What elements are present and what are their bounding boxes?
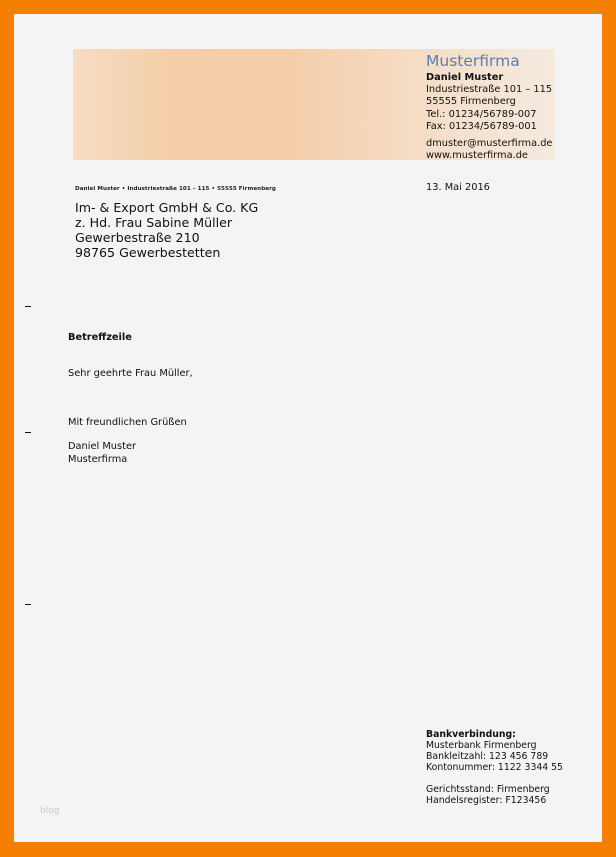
sender-city: 55555 Firmenberg bbox=[426, 96, 552, 108]
court: Gerichtsstand: Firmenberg bbox=[426, 784, 563, 795]
sender-street: Industriestraße 101 – 115 bbox=[426, 84, 552, 96]
letter-page: Musterfirma Daniel Muster Industriestraß… bbox=[14, 14, 602, 842]
signature: Daniel Muster Musterfirma bbox=[68, 441, 136, 466]
footer-info: Bankverbindung: Musterbank Firmenberg Ba… bbox=[426, 729, 563, 806]
sender-address: Industriestraße 101 – 115 55555 Firmenbe… bbox=[426, 84, 552, 107]
bank-heading: Bankverbindung: bbox=[426, 729, 563, 740]
fold-mark bbox=[25, 306, 31, 307]
watermark: blog bbox=[40, 806, 59, 816]
letter-date: 13. Mai 2016 bbox=[426, 182, 490, 193]
company-name: Musterfirma bbox=[426, 52, 520, 70]
fold-mark bbox=[25, 604, 31, 605]
signature-name: Daniel Muster bbox=[68, 441, 136, 454]
sender-tel: Tel.: 01234/56789-007 bbox=[426, 109, 537, 121]
closing: Mit freundlichen Grüßen bbox=[68, 417, 187, 428]
recipient-line: Gewerbestraße 210 bbox=[75, 230, 258, 245]
recipient-line: 98765 Gewerbestetten bbox=[75, 245, 258, 260]
subject-line: Betreffzeile bbox=[68, 332, 132, 343]
signature-company: Musterfirma bbox=[68, 454, 136, 467]
account-number: Kontonummer: 1122 3344 55 bbox=[426, 762, 563, 773]
sender-email: dmuster@musterfirma.de bbox=[426, 138, 552, 150]
bank-name: Musterbank Firmenberg bbox=[426, 740, 563, 751]
recipient-address: Im- & Export GmbH & Co. KG z. Hd. Frau S… bbox=[75, 200, 258, 260]
recipient-line: Im- & Export GmbH & Co. KG bbox=[75, 200, 258, 215]
sender-web: www.musterfirma.de bbox=[426, 150, 552, 162]
spacer bbox=[426, 773, 563, 784]
sender-name: Daniel Muster bbox=[426, 72, 503, 84]
hole-mark bbox=[25, 432, 31, 433]
bank-code: Bankleitzahl: 123 456 789 bbox=[426, 751, 563, 762]
sender-fax: Fax: 01234/56789-001 bbox=[426, 121, 537, 133]
recipient-line: z. Hd. Frau Sabine Müller bbox=[75, 215, 258, 230]
sender-online: dmuster@musterfirma.de www.musterfirma.d… bbox=[426, 138, 552, 161]
return-address: Daniel Muster • Industriestraße 101 – 11… bbox=[75, 186, 276, 192]
salutation: Sehr geehrte Frau Müller, bbox=[68, 368, 193, 379]
commercial-register: Handelsregister: F123456 bbox=[426, 795, 563, 806]
sender-contact: Tel.: 01234/56789-007 Fax: 01234/56789-0… bbox=[426, 109, 537, 132]
